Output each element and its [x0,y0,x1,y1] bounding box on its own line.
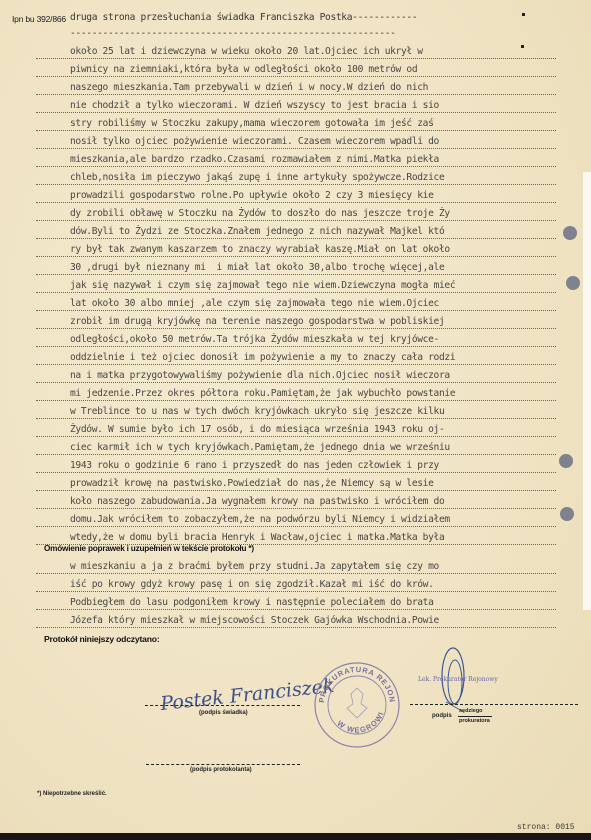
ruled-line [36,76,556,77]
prosecutor-prefix: podpis [432,713,452,719]
official-stamp: PROKURATURA REJONOWA W WĘGROWIE [312,660,402,750]
ruled-line [36,526,556,527]
testimony-line: chleb,nosiła im pieczywo jakąś zupę i in… [70,171,575,189]
ruled-line [36,609,556,610]
testimony-line: ry był tak zwanym kaszarzem to znaczy wy… [70,243,575,261]
ruled-line [36,202,556,203]
ruled-line [36,184,556,185]
ruled-line [36,627,556,628]
testimony-line: w Treblince to u nas w tych dwóch kryjów… [70,405,575,423]
testimony-line: Józefa który mieszkał w miejscowości Sto… [70,614,575,632]
ruled-line [36,346,556,347]
dash-separator: ----------------------------------------… [70,28,575,39]
footnote: *) Niepotrzebne skreślić. [37,791,107,797]
ruled-line [36,220,556,221]
testimony-line: stry robiliśmy w Stoczku zakupy,mama wie… [70,117,575,135]
ruled-line [36,130,556,131]
recorder-signature-line [146,764,300,765]
ruled-line [36,274,556,275]
testimony-line: w mieszkaniu a ja z braćmi byłem przy st… [70,560,575,578]
ruled-line [36,490,556,491]
testimony-line: prowadzili gospodarstwo rolne.Po upływie… [70,189,575,207]
testimony-line: 1943 roku o godzinie 6 rano i przyszedł … [70,459,575,477]
testimony-line: około 25 lat i dziewczyna w wieku około … [70,45,575,63]
ruled-line [36,238,556,239]
testimony-line: oddzielnie i też ojciec donosił im pożyw… [70,351,575,369]
testimony-line: jak się nazywał i czym się zajmował tego… [70,279,575,297]
testimony-line: zrobił im drugą kryjówkę na terenie nasz… [70,315,575,333]
testimony-line: na i matka przygotowywaliśmy pożywienie … [70,369,575,387]
fraction-line [458,716,492,717]
ruled-line [36,508,556,509]
ruled-line [36,436,556,437]
prosecutor-role-bottom: prokuratora [459,718,490,724]
corrections-label: Omówienie poprawek i uzupełnień w tekści… [44,544,254,553]
page-number: strona: 0015 [517,823,575,832]
punch-hole [566,276,580,290]
testimony-line: odległości,około 50 metrów.Ta trójka Żyd… [70,333,575,351]
ruled-line [36,328,556,329]
testimony-line: lat około 30 albo mniej ,ale czym się za… [70,297,575,315]
testimony-line: koło naszego zabudowania.Ja wygnałem kro… [70,495,575,513]
testimony-line: nie chodził a tylko wieczorami. W dzień … [70,99,575,117]
ruled-line [36,112,556,113]
witness-signature-line [145,705,300,706]
ruled-line [36,400,556,401]
svg-text:PROKURATURA REJONOWA: PROKURATURA REJONOWA [312,660,397,703]
ruled-line [36,418,556,419]
punch-hole [559,454,573,468]
testimony-line: naszego mieszkania.Tam przebywali w dzie… [70,81,575,99]
ruled-line [36,472,556,473]
testimony-line: mieszkania,ale bardzo rzadko.Czasami roz… [70,153,575,171]
testimony-line: dów.Byli to Żydzi ze Stoczka.Znałem jedn… [70,225,575,243]
read-aloud-label: Protokół niniejszy odczytano: [44,634,159,644]
testimony-line: mi jedzenie.Przez okres półtora roku.Pam… [70,387,575,405]
ruled-line [36,94,556,95]
ruled-line [36,58,556,59]
ruled-line [36,364,556,365]
testimony-line: Żydów. W sumie było ich 17 osób, i do mi… [70,423,575,441]
ruled-line [36,310,556,311]
scan-edge [583,172,591,610]
scan-border [0,833,591,840]
ruled-line [36,573,556,574]
ruled-line [36,591,556,592]
ruled-line [36,382,556,383]
ruled-line [36,454,556,455]
ruled-line [36,148,556,149]
recorder-signature-label: (podpis protokolanta) [190,767,252,773]
ink-mark [522,13,525,16]
testimony-line: ciec karmił ich w tych kryjówkach.Pamięt… [70,441,575,459]
testimony-line: dy zrobili obławę w Stoczku na Żydów to … [70,207,575,225]
prosecutor-role-top: sędziego [459,708,483,714]
testimony-line: prowadził krowę na pastwisko.Powiedział … [70,477,575,495]
testimony-line: nosił tylko ojciec pożywienie wieczorami… [70,135,575,153]
testimony-line: domu.Jak wróciłem to zobaczyłem,że na po… [70,513,575,531]
prosecutor-signature-line [410,704,578,705]
document-page: Ipn bu 392/866 druga strona przesłuchani… [0,0,591,840]
stamp-emblem-icon: PROKURATURA REJONOWA W WĘGROWIE [312,660,402,750]
ruled-line [36,292,556,293]
witness-signature-label: (podpis świadka) [199,710,248,716]
testimony-line: Podbiegłem do lasu podgoniłem krowy i na… [70,596,575,614]
testimony-line: piwnicy na ziemniaki,która była w odległ… [70,63,575,81]
testimony-line: iść po krowy gdyż krowy pasę i on się zg… [70,578,575,596]
page-header: druga strona przesłuchania świadka Franc… [70,12,575,23]
archive-id: Ipn bu 392/866 [12,14,66,24]
punch-hole [563,226,577,240]
punch-hole [560,507,574,521]
ruled-line [36,256,556,257]
ruled-line [36,166,556,167]
testimony-line: 30 ,drugi był nieznany mi i miał lat oko… [70,261,575,279]
